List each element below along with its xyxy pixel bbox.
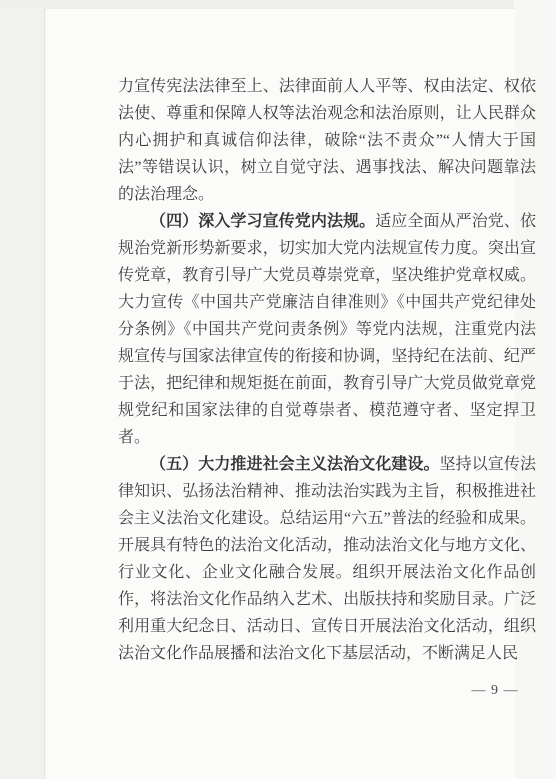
paragraph-section-5: （五）大力推进社会主义法治文化建设。坚持以宣传法律知识、弘扬法治精神、推动法治实… xyxy=(118,451,536,667)
paragraph-continuation: 力宣传宪法法律至上、法律面前人人平等、权由法定、权依法使、尊重和保障人权等法治观… xyxy=(118,73,536,208)
scan-top-smudge xyxy=(0,0,556,7)
section-4-heading: （四）深入学习宣传党内法规。 xyxy=(150,213,375,230)
paragraph-text: 适应全面从严治党、依规治党新形势新要求，切实加大党内法规宣传力度。突出宣传党章，… xyxy=(118,213,536,446)
document-page: 力宣传宪法法律至上、法律面前人人平等、权由法定、权依法使、尊重和保障人权等法治观… xyxy=(44,8,515,779)
paragraph-text: 坚持以宣传法律知识、弘扬法治精神、推动法治实践为主旨，积极推进社会主义法治文化建… xyxy=(118,456,536,662)
paragraph-section-4: （四）深入学习宣传党内法规。适应全面从严治党、依规治党新形势新要求，切实加大党内… xyxy=(118,208,536,451)
paragraph-text: 力宣传宪法法律至上、法律面前人人平等、权由法定、权依法使、尊重和保障人权等法治观… xyxy=(118,78,536,203)
page-number: — 9 — xyxy=(463,681,527,701)
document-text-block: 力宣传宪法法律至上、法律面前人人平等、权由法定、权依法使、尊重和保障人权等法治观… xyxy=(118,73,536,667)
section-5-heading: （五）大力推进社会主义法治文化建设。 xyxy=(150,456,440,473)
